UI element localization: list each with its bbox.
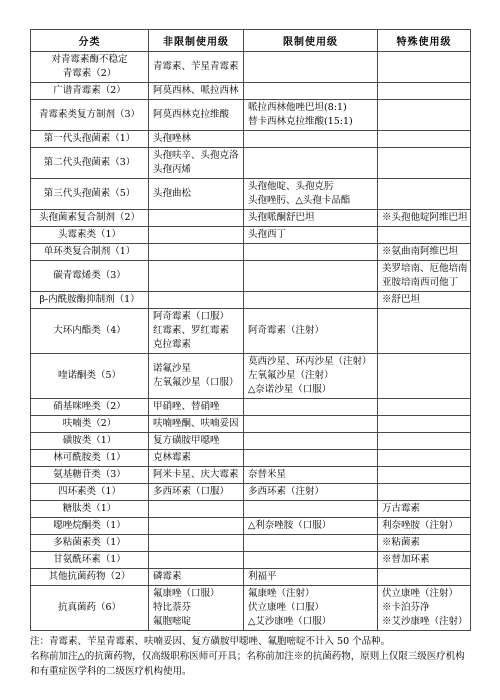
- restricted-cell: 多西环素（注射）: [244, 484, 378, 501]
- restricted-cell: 头孢哌酮舒巴坦: [244, 210, 378, 227]
- restricted-cell: 利福平: [244, 569, 378, 586]
- unrestricted-cell: [149, 518, 244, 535]
- category-cell: 碳青霉烯类（3）: [31, 261, 149, 292]
- table-row: 抗真菌药（6）氟康唑（口服） 特比萘芬 氟胞嘧啶氟康唑（注射） 伏立康唑（口服）…: [31, 586, 471, 631]
- table-row: 碳青霉烯类（3）美罗培南、厄他培南 亚胺培南西司他丁: [31, 261, 471, 292]
- special-cell: ※头孢他啶阿维巴坦: [378, 210, 471, 227]
- category-cell: 其他抗菌药物（2）: [31, 569, 149, 586]
- unrestricted-cell: 头孢曲松: [149, 179, 244, 210]
- table-row: 林可酰胺类（1）克林霉素: [31, 450, 471, 467]
- document-page: 分类 非限制使用级 限制使用级 特殊使用级 对青霉素酶不稳定 青霉素（2）青霉素…: [0, 0, 500, 700]
- special-cell: [378, 467, 471, 484]
- table-row: 噁唑烷酮类（1）△利奈唑胺（口服）利奈唑胺（注射）: [31, 518, 471, 535]
- restricted-cell: 氟康唑（注射） 伏立康唑（口服） △艾沙康唑（口服）: [244, 586, 378, 631]
- header-row: 分类 非限制使用级 限制使用级 特殊使用级: [31, 30, 471, 52]
- column-header-unrestricted: 非限制使用级: [149, 30, 244, 52]
- category-cell: 喹诺酮类（5）: [31, 354, 149, 399]
- column-header-special: 特殊使用级: [378, 30, 471, 52]
- category-cell: 第三代头孢菌素（5）: [31, 179, 149, 210]
- special-cell: ※舒巴坦: [378, 292, 471, 309]
- unrestricted-cell: 氟康唑（口服） 特比萘芬 氟胞嘧啶: [149, 586, 244, 631]
- unrestricted-cell: 青霉素、苄星青霉素: [149, 52, 244, 83]
- table-row: 糖肽类（1）万古霉素: [31, 501, 471, 518]
- table-row: 呋喃类（2）呋喃唑酮、呋喃妥因: [31, 416, 471, 433]
- restricted-cell: 头孢他啶、头孢克肟 头孢唑肟、△头孢卡品酯: [244, 179, 378, 210]
- table-row: 青霉素类复方制剂（3）阿莫西林克拉维酸哌拉西林他唑巴坦(8:1) 替卡西林克拉维…: [31, 100, 471, 131]
- table-row: 氨基糖苷类（3）阿米卡星、庆大霉素奈替米星: [31, 467, 471, 484]
- table-row: 其他抗菌药物（2）磷霉素利福平: [31, 569, 471, 586]
- column-header-category: 分类: [31, 30, 149, 52]
- restricted-cell: [244, 399, 378, 416]
- unrestricted-cell: 阿奇霉素（口服） 红霉素、罗红霉素 克拉霉素: [149, 309, 244, 354]
- footnote-line-1: 注：青霉素、苄星青霉素、呋喃妥因、复方磺胺甲噁唑、氟胞嘧啶不计入 50 个品种。: [30, 634, 470, 649]
- table-row: 第三代头孢菌素（5）头孢曲松头孢他啶、头孢克肟 头孢唑肟、△头孢卡品酯: [31, 179, 471, 210]
- table-row: 第一代头孢菌素（1）头孢唑林: [31, 131, 471, 148]
- category-cell: 头孢菌素复合制剂（2）: [31, 210, 149, 227]
- restricted-cell: 奈替米星: [244, 467, 378, 484]
- unrestricted-cell: 磷霉素: [149, 569, 244, 586]
- table-row: 第二代头孢菌素（3）头孢呋辛、头孢克洛 头孢丙烯: [31, 148, 471, 179]
- unrestricted-cell: 复方磺胺甲噁唑: [149, 433, 244, 450]
- category-cell: 硝基咪唑类（2）: [31, 399, 149, 416]
- special-cell: [378, 83, 471, 100]
- category-cell: 呋喃类（2）: [31, 416, 149, 433]
- unrestricted-cell: 克林霉素: [149, 450, 244, 467]
- category-cell: 抗真菌药（6）: [31, 586, 149, 631]
- special-cell: [378, 100, 471, 131]
- unrestricted-cell: [149, 227, 244, 244]
- special-cell: [378, 52, 471, 83]
- table-row: 广谱青霉素（2）阿莫西林、哌拉西林: [31, 83, 471, 100]
- restricted-cell: △利奈唑胺（口服）: [244, 518, 378, 535]
- restricted-cell: [244, 535, 378, 552]
- category-cell: 对青霉素酶不稳定 青霉素（2）: [31, 52, 149, 83]
- restricted-cell: [244, 450, 378, 467]
- restricted-cell: [244, 501, 378, 518]
- restricted-cell: [244, 244, 378, 261]
- table-row: 对青霉素酶不稳定 青霉素（2）青霉素、苄星青霉素: [31, 52, 471, 83]
- special-cell: 美罗培南、厄他培南 亚胺培南西司他丁: [378, 261, 471, 292]
- special-cell: 万古霉素: [378, 501, 471, 518]
- footnote-line-2: 名称前加注△的抗菌药物，仅高级职称医师可开具；名称前加注※的抗菌药物，原则上仅限…: [30, 649, 470, 679]
- restricted-cell: [244, 148, 378, 179]
- table-row: 单环类复合制剂（1）※氨曲南阿维巴坦: [31, 244, 471, 261]
- special-cell: [378, 450, 471, 467]
- unrestricted-cell: [149, 244, 244, 261]
- table-row: 磺胺类（1）复方磺胺甲噁唑: [31, 433, 471, 450]
- special-cell: ※替加环素: [378, 552, 471, 569]
- category-cell: 第一代头孢菌素（1）: [31, 131, 149, 148]
- category-cell: 单环类复合制剂（1）: [31, 244, 149, 261]
- restricted-cell: [244, 131, 378, 148]
- special-cell: [378, 399, 471, 416]
- special-cell: 伏立康唑（注射） ※卡泊芬净 ※艾沙康唑（注射）: [378, 586, 471, 631]
- table-row: 头孢菌素复合制剂（2）头孢哌酮舒巴坦※头孢他啶阿维巴坦: [31, 210, 471, 227]
- unrestricted-cell: [149, 261, 244, 292]
- column-header-restricted: 限制使用级: [244, 30, 378, 52]
- restricted-cell: [244, 433, 378, 450]
- category-cell: 青霉素类复方制剂（3）: [31, 100, 149, 131]
- unrestricted-cell: 头孢呋辛、头孢克洛 头孢丙烯: [149, 148, 244, 179]
- special-cell: [378, 416, 471, 433]
- antibiotic-classification-table: 分类 非限制使用级 限制使用级 特殊使用级 对青霉素酶不稳定 青霉素（2）青霉素…: [30, 29, 471, 631]
- special-cell: 利奈唑胺（注射）: [378, 518, 471, 535]
- restricted-cell: 哌拉西林他唑巴坦(8:1) 替卡西林克拉维酸(15:1): [244, 100, 378, 131]
- table-row: 甘氨酰环素（1）※替加环素: [31, 552, 471, 569]
- category-cell: β-内酰胺酶抑制剂（1）: [31, 292, 149, 309]
- special-cell: [378, 131, 471, 148]
- special-cell: [378, 484, 471, 501]
- restricted-cell: 阿奇霉素（注射）: [244, 309, 378, 354]
- category-cell: 大环内酯类（4）: [31, 309, 149, 354]
- table-row: 大环内酯类（4）阿奇霉素（口服） 红霉素、罗红霉素 克拉霉素阿奇霉素（注射）: [31, 309, 471, 354]
- unrestricted-cell: [149, 292, 244, 309]
- unrestricted-cell: 头孢唑林: [149, 131, 244, 148]
- table-row: 硝基咪唑类（2）甲硝唑、替硝唑: [31, 399, 471, 416]
- unrestricted-cell: [149, 210, 244, 227]
- unrestricted-cell: 甲硝唑、替硝唑: [149, 399, 244, 416]
- unrestricted-cell: [149, 535, 244, 552]
- special-cell: [378, 354, 471, 399]
- unrestricted-cell: [149, 501, 244, 518]
- special-cell: ※氨曲南阿维巴坦: [378, 244, 471, 261]
- category-cell: 糖肽类（1）: [31, 501, 149, 518]
- category-cell: 甘氨酰环素（1）: [31, 552, 149, 569]
- special-cell: [378, 433, 471, 450]
- table-row: β-内酰胺酶抑制剂（1）※舒巴坦: [31, 292, 471, 309]
- special-cell: [378, 227, 471, 244]
- special-cell: [378, 569, 471, 586]
- restricted-cell: [244, 261, 378, 292]
- category-cell: 第二代头孢菌素（3）: [31, 148, 149, 179]
- unrestricted-cell: 阿莫西林克拉维酸: [149, 100, 244, 131]
- table-row: 四环素类（1）多西环素（口服）多西环素（注射）: [31, 484, 471, 501]
- footnotes: 注：青霉素、苄星青霉素、呋喃妥因、复方磺胺甲噁唑、氟胞嘧啶不计入 50 个品种。…: [30, 634, 470, 679]
- category-cell: 四环素类（1）: [31, 484, 149, 501]
- category-cell: 噁唑烷酮类（1）: [31, 518, 149, 535]
- unrestricted-cell: 多西环素（口服）: [149, 484, 244, 501]
- restricted-cell: [244, 552, 378, 569]
- restricted-cell: 头孢西丁: [244, 227, 378, 244]
- restricted-cell: [244, 52, 378, 83]
- special-cell: ※粘菌素: [378, 535, 471, 552]
- special-cell: [378, 309, 471, 354]
- category-cell: 林可酰胺类（1）: [31, 450, 149, 467]
- special-cell: [378, 179, 471, 210]
- unrestricted-cell: 诺氟沙星 左氧氟沙星（口服）: [149, 354, 244, 399]
- category-cell: 氨基糖苷类（3）: [31, 467, 149, 484]
- unrestricted-cell: [149, 552, 244, 569]
- restricted-cell: [244, 292, 378, 309]
- category-cell: 头霉素类（1）: [31, 227, 149, 244]
- table-row: 头霉素类（1）头孢西丁: [31, 227, 471, 244]
- table-row: 喹诺酮类（5）诺氟沙星 左氧氟沙星（口服）莫西沙星、环丙沙星（注射） 左氧氟沙星…: [31, 354, 471, 399]
- restricted-cell: [244, 416, 378, 433]
- table-row: 多粘菌素类（1）※粘菌素: [31, 535, 471, 552]
- special-cell: [378, 148, 471, 179]
- restricted-cell: [244, 83, 378, 100]
- unrestricted-cell: 阿莫西林、哌拉西林: [149, 83, 244, 100]
- unrestricted-cell: 阿米卡星、庆大霉素: [149, 467, 244, 484]
- unrestricted-cell: 呋喃唑酮、呋喃妥因: [149, 416, 244, 433]
- category-cell: 磺胺类（1）: [31, 433, 149, 450]
- category-cell: 多粘菌素类（1）: [31, 535, 149, 552]
- restricted-cell: 莫西沙星、环丙沙星（注射） 左氧氟沙星（注射） △奈诺沙星（口服）: [244, 354, 378, 399]
- category-cell: 广谱青霉素（2）: [31, 83, 149, 100]
